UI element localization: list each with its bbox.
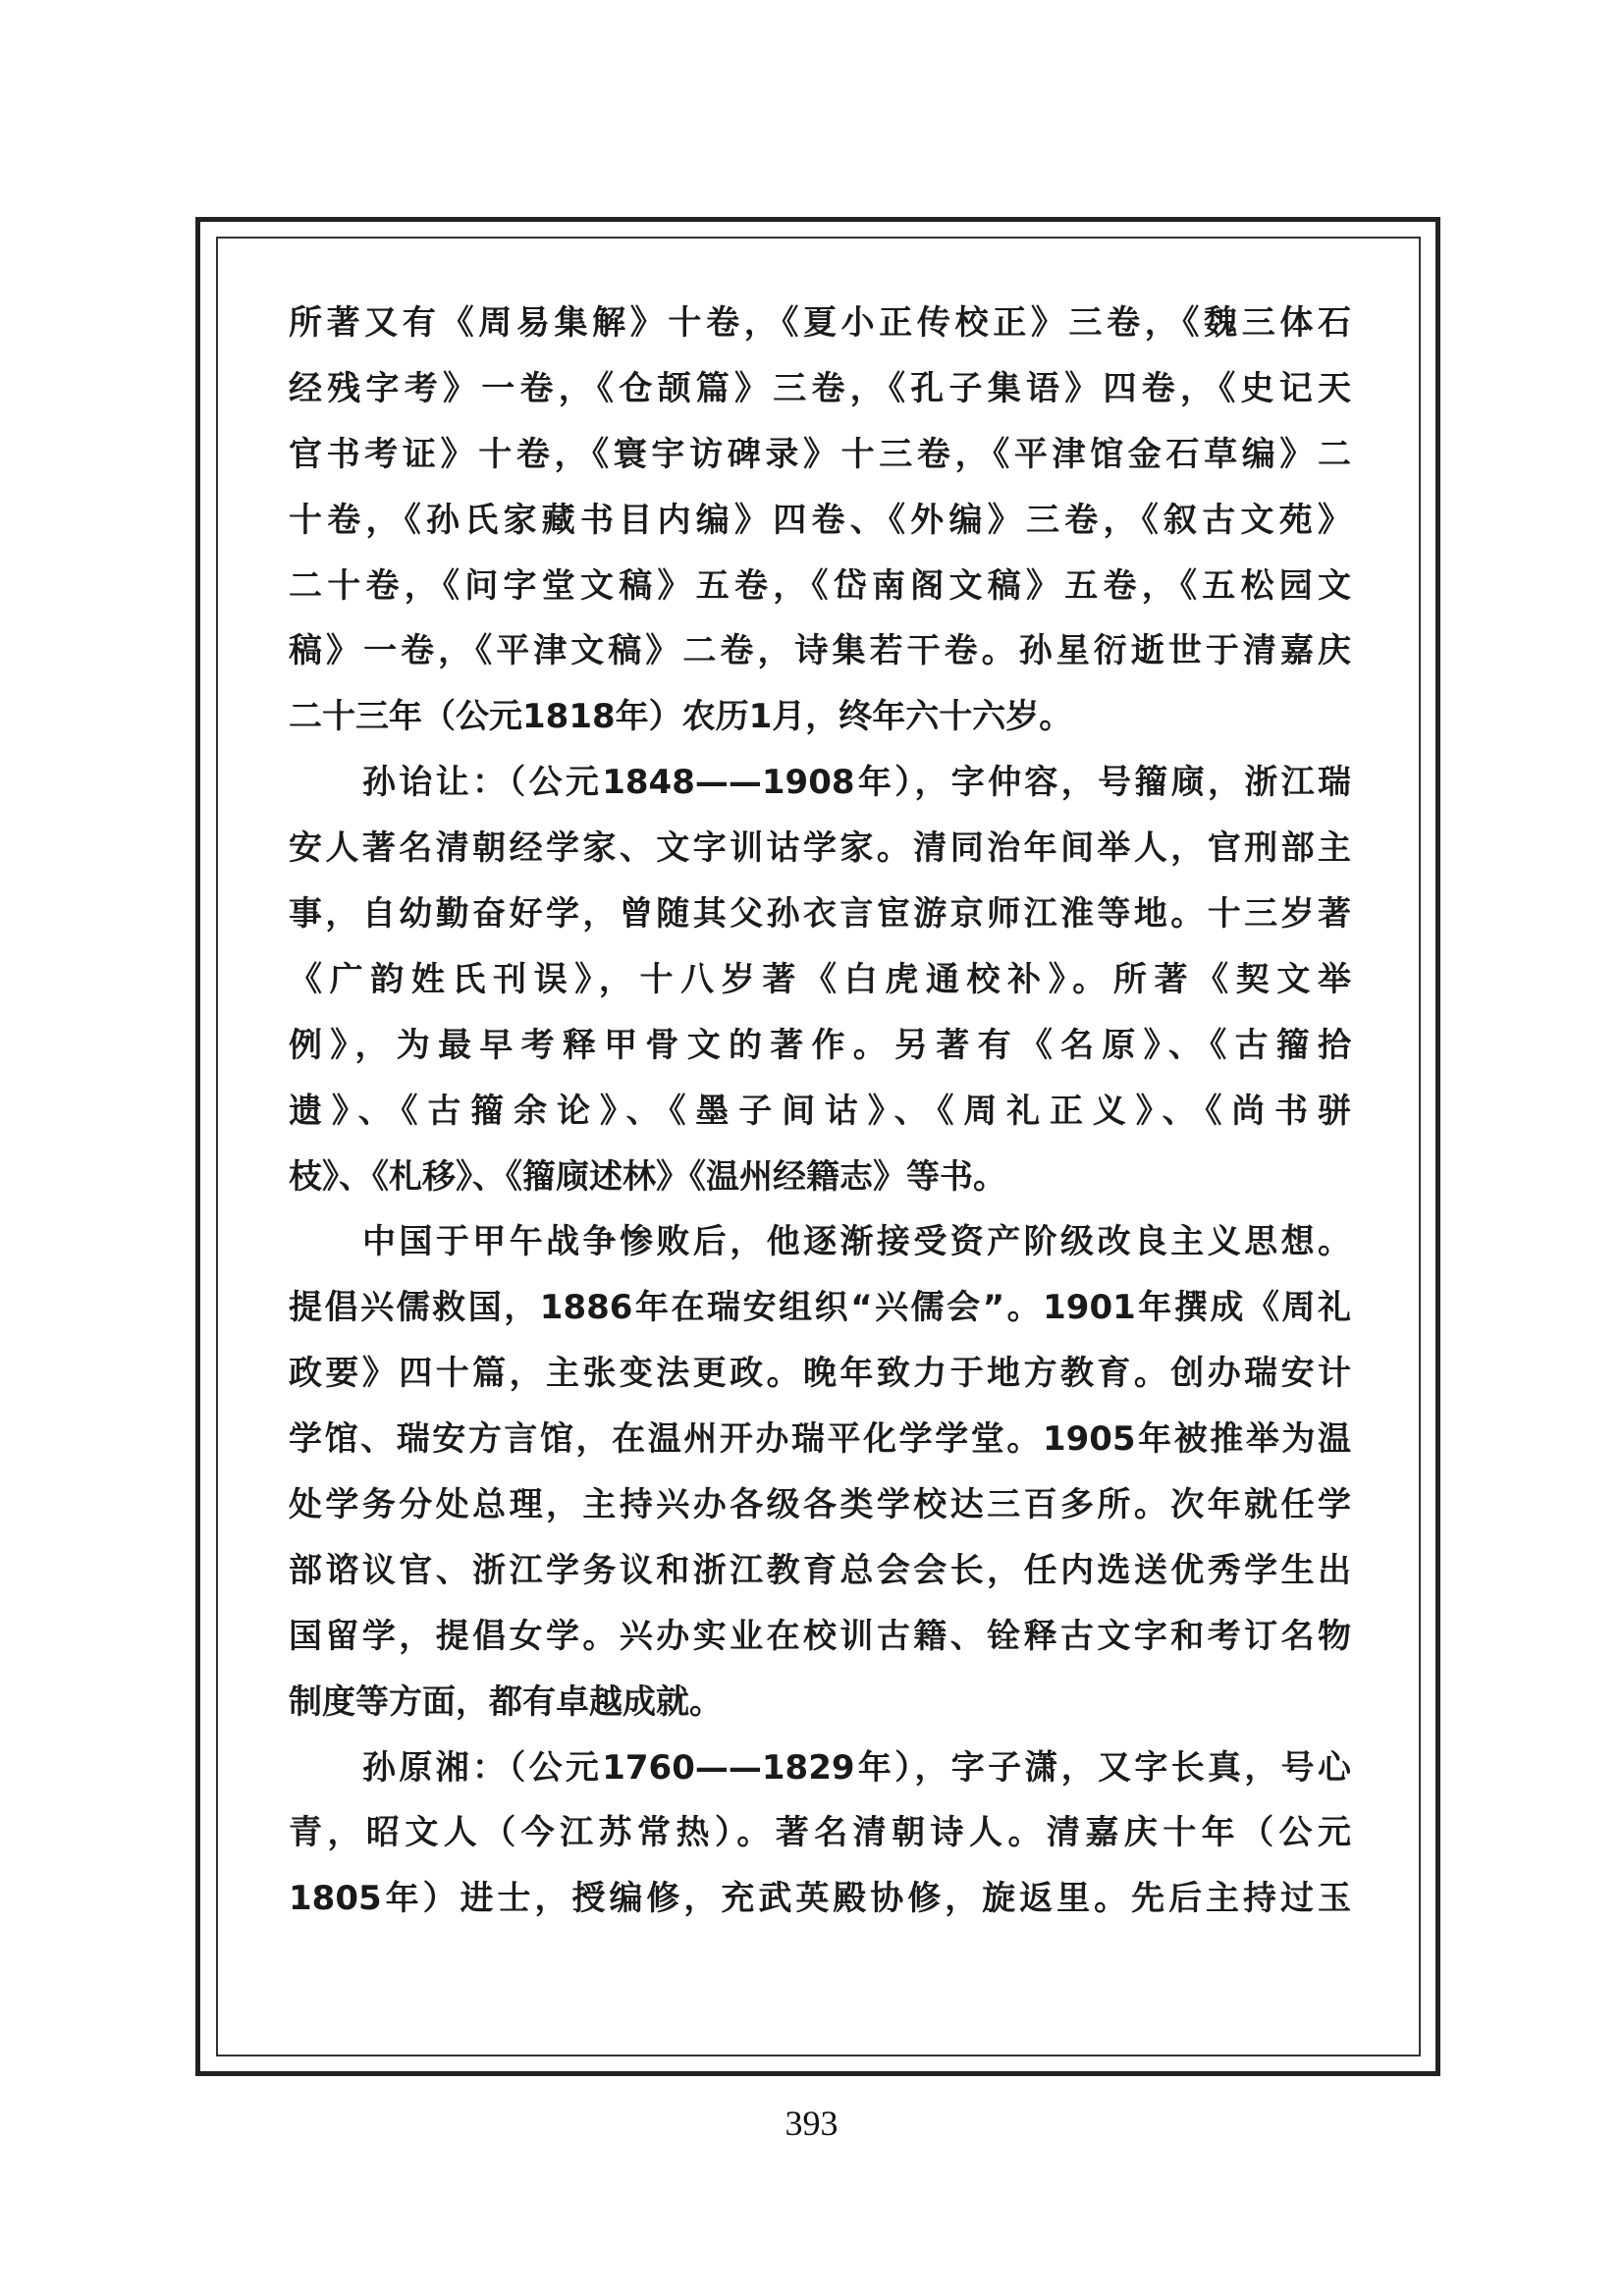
text-line: 孙诒让：（公元1848——1908年），字仲容，号籀庼，浙江瑞 <box>289 758 1351 824</box>
text-line: 国留学，提倡女学。兴办实业在校训古籍、铨释古文字和考订名物 <box>289 1612 1351 1678</box>
text-line: 十卷，《孙氏家藏书目内编》四卷、《外编》三卷，《叙古文苑》 <box>289 496 1351 561</box>
text-line: 提倡兴儒救国，1886年在瑞安组织“兴儒会”。1901年撰成《周礼 <box>289 1283 1351 1349</box>
paragraph-reform-education: 中国于甲午战争惨败后，他逐渐接受资产阶级改良主义思想。 提倡兴儒救国，1886年… <box>289 1217 1351 1742</box>
text-line: 《广韵姓氏刊误》，十八岁著《白虎通校补》。所著《契文举 <box>289 955 1351 1021</box>
text-line: 事，自幼勤奋好学，曾随其父孙衣言宦游京师江淮等地。十三岁著 <box>289 889 1351 955</box>
text-line: 遗》、《古籀余论》、《墨子间诂》、《周礼正义》、《尚书骈 <box>289 1087 1351 1152</box>
paragraph-sun-yirang: 孙诒让：（公元1848——1908年），字仲容，号籀庼，浙江瑞 安人著名清朝经学… <box>289 758 1351 1217</box>
text-line: 部谘议官、浙江学务议和浙江教育总会会长，任内选送优秀学生出 <box>289 1546 1351 1612</box>
text-line: 政要》四十篇，主张变法更政。晚年致力于地方教育。创办瑞安计 <box>289 1349 1351 1415</box>
body-text: 所著又有《周易集解》十卷，《夏小正传校正》三卷，《魏三体石 经残字考》一卷，《仓… <box>289 298 1351 1940</box>
page-number: 393 <box>0 2103 1623 2144</box>
text-line: 二十卷，《问字堂文稿》五卷，《岱南阁文稿》五卷，《五松园文 <box>289 561 1351 627</box>
text-line: 处学务分处总理，主持兴办各级各类学校达三百多所。次年就任学 <box>289 1480 1351 1546</box>
text-line: 孙原湘：（公元1760——1829年），字子潇，又字长真，号心 <box>289 1743 1351 1809</box>
text-line: 枝》、《札移》、《籀庼述林》《温州经籍志》等书。 <box>289 1152 1351 1218</box>
paragraph-sun-yuanxiang: 孙原湘：（公元1760——1829年），字子潇，又字长真，号心 青，昭文人（今江… <box>289 1743 1351 1941</box>
paragraph-works-list: 所著又有《周易集解》十卷，《夏小正传校正》三卷，《魏三体石 经残字考》一卷，《仓… <box>289 298 1351 758</box>
text-line: 制度等方面，都有卓越成就。 <box>289 1678 1351 1743</box>
text-line: 经残字考》一卷，《仓颉篇》三卷，《孔子集语》四卷，《史记天 <box>289 364 1351 430</box>
text-line: 例》，为最早考释甲骨文的著作。另著有《名原》、《古籀拾 <box>289 1021 1351 1087</box>
text-line: 1805年）进士，授编修，充武英殿协修，旋返里。先后主持过玉 <box>289 1874 1351 1940</box>
text-line: 官书考证》十卷，《寰宇访碑录》十三卷，《平津馆金石草编》二 <box>289 430 1351 496</box>
text-line: 稿》一卷，《平津文稿》二卷，诗集若干卷。孙星衍逝世于清嘉庆 <box>289 626 1351 692</box>
text-line: 安人著名清朝经学家、文字训诂学家。清同治年间举人，官刑部主 <box>289 824 1351 889</box>
text-line: 所著又有《周易集解》十卷，《夏小正传校正》三卷，《魏三体石 <box>289 298 1351 364</box>
text-line: 学馆、瑞安方言馆，在温州开办瑞平化学学堂。1905年被推举为温 <box>289 1415 1351 1480</box>
text-line: 青，昭文人（今江苏常热）。著名清朝诗人。清嘉庆十年（公元 <box>289 1808 1351 1874</box>
text-line: 中国于甲午战争惨败后，他逐渐接受资产阶级改良主义思想。 <box>289 1217 1351 1283</box>
text-line: 二十三年（公元1818年）农历1月，终年六十六岁。 <box>289 692 1351 758</box>
